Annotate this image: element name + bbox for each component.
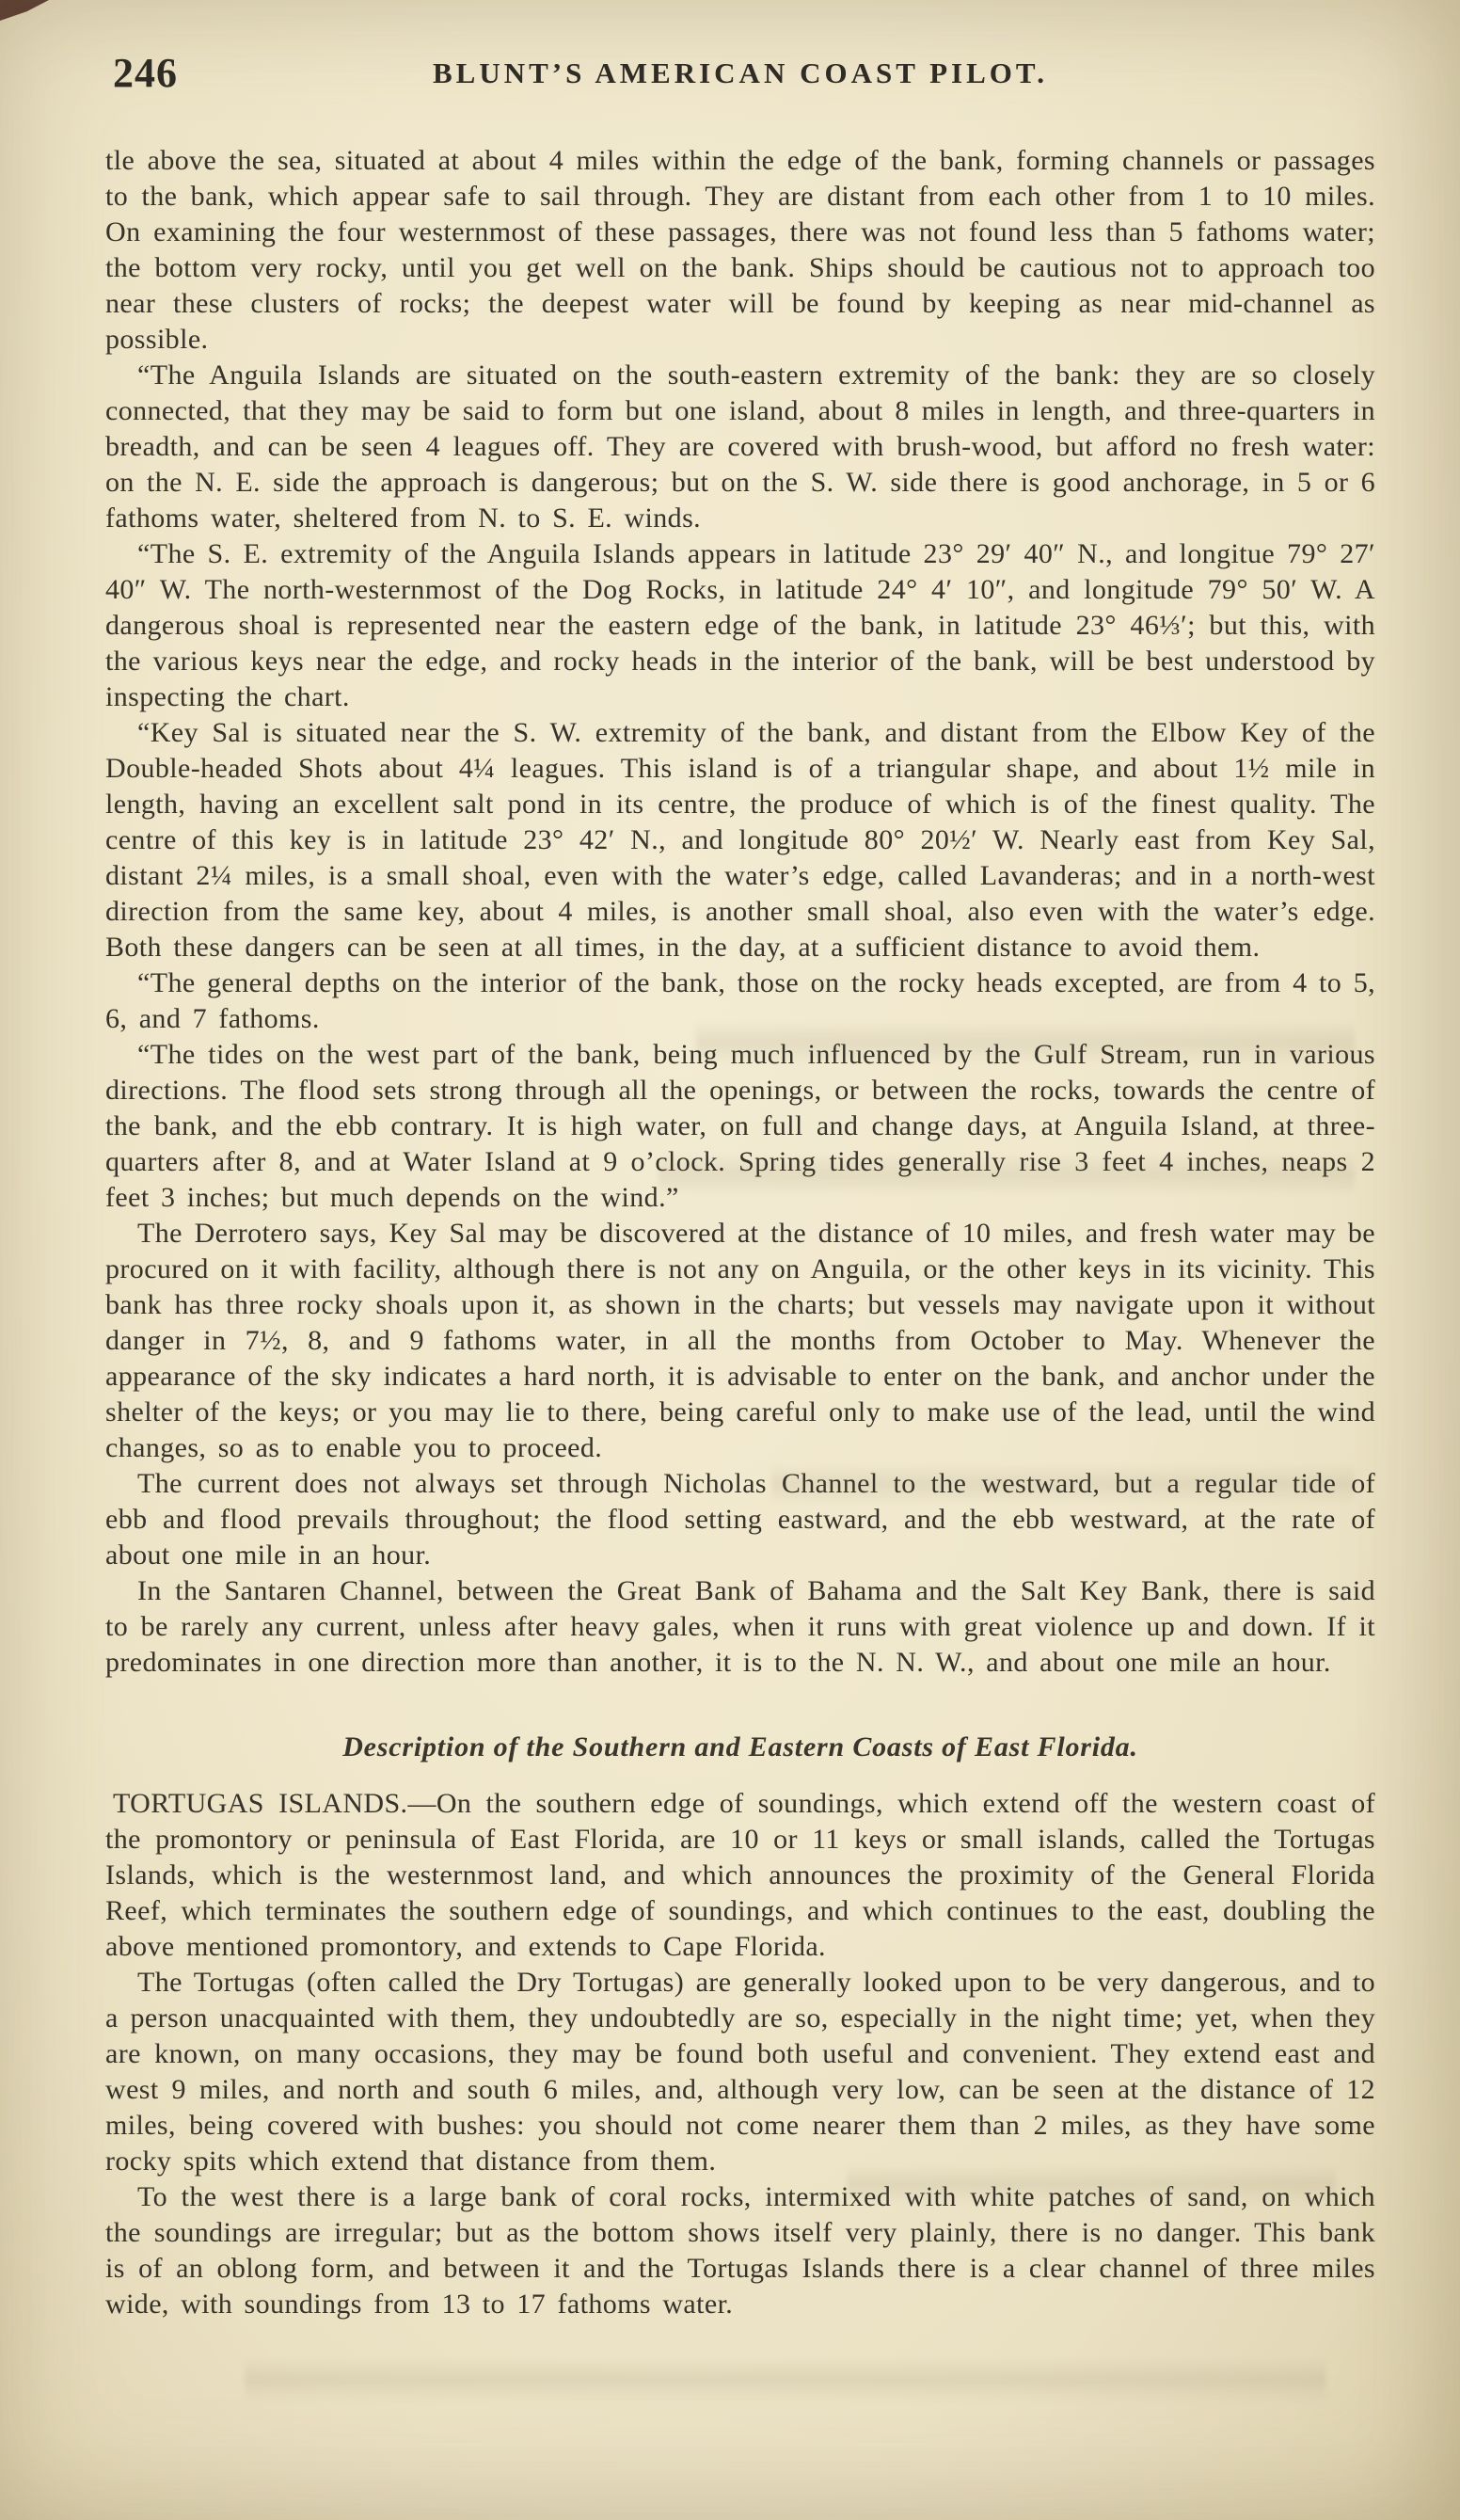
body-text: tle above the sea, situated at about 4 m… bbox=[105, 143, 1375, 2322]
paragraph-02: “The Anguila Islands are situated on the… bbox=[105, 358, 1375, 536]
scan-corner-artifact bbox=[0, 0, 49, 21]
section-heading: Description of the Southern and Eastern … bbox=[105, 1731, 1375, 1763]
paragraph-10-tortugas: TORTUGAS ISLANDS.—On the southern edge o… bbox=[105, 1786, 1375, 1965]
paragraph-12: To the west there is a large bank of cor… bbox=[105, 2179, 1375, 2322]
paragraph-03: “The S. E. extremity of the Anguila Isla… bbox=[105, 536, 1375, 715]
scanned-book-page: 246 BLUNT’S AMERICAN COAST PILOT. tle ab… bbox=[0, 0, 1460, 2520]
paragraph-01: tle above the sea, situated at about 4 m… bbox=[105, 143, 1375, 358]
paragraph-11: The Tortugas (often called the Dry Tortu… bbox=[105, 1965, 1375, 2179]
paragraph-06: “The tides on the west part of the bank,… bbox=[105, 1037, 1375, 1216]
paragraph-09: In the Santaren Channel, between the Gre… bbox=[105, 1573, 1375, 1681]
paragraph-08: The current does not always set through … bbox=[105, 1466, 1375, 1573]
show-through-artifact bbox=[245, 2357, 1326, 2402]
paragraph-04: “Key Sal is situated near the S. W. extr… bbox=[105, 715, 1375, 965]
running-title: BLUNT’S AMERICAN COAST PILOT. bbox=[105, 56, 1375, 90]
paragraph-05: “The general depths on the interior of t… bbox=[105, 965, 1375, 1037]
paragraph-07: The Derrotero says, Key Sal may be disco… bbox=[105, 1216, 1375, 1466]
page-header: 246 BLUNT’S AMERICAN COAST PILOT. bbox=[105, 53, 1375, 113]
